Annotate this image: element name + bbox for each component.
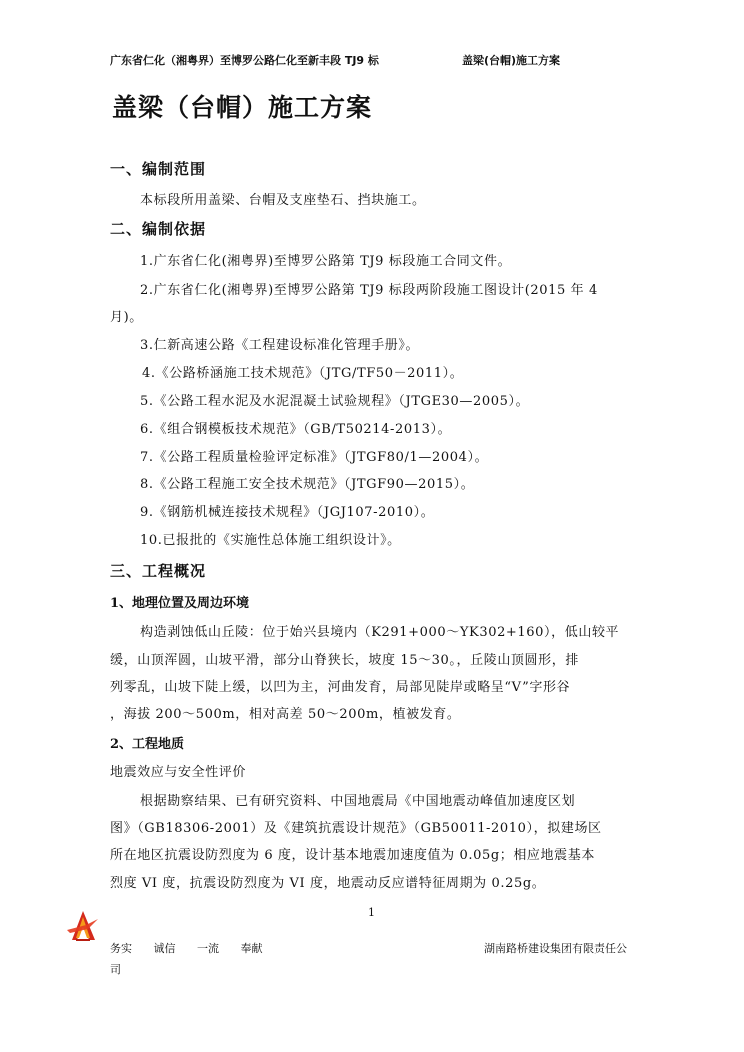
page-header: 广东省仁化（湘粤界）至博罗公路仁化至新丰段 TJ9 标 盖梁(台帽)施工方案	[110, 52, 570, 70]
basis-item-1: 1.广东省仁化(湘粤界)至博罗公路第 TJ9 标段施工合同文件。	[140, 250, 511, 269]
geology-line-4: 烈度 VI 度，抗震设防烈度为 VI 度，地震动反应谱特征周期为 0.25g。	[110, 872, 545, 891]
motto-1: 务实	[110, 942, 132, 955]
location-line-2: 缓，山顶浑圆，山坡平滑，部分山脊狭长，坡度 15～30。，丘陵山顶圆形，排	[110, 649, 579, 668]
motto-2: 诚信	[154, 942, 176, 955]
basis-item-7: 7.《公路工程质量检验评定标准》（JTGF80/1—2004）。	[140, 446, 488, 465]
footer-motto: 务实 诚信 一流 奉献	[110, 940, 281, 956]
basis-item-3: 3.仁新高速公路《工程建设标准化管理手册》。	[140, 334, 419, 353]
location-line-4: ，海拔 200～500m，相对高差 50～200m，植被发育。	[110, 703, 461, 722]
motto-3: 一流	[197, 942, 219, 955]
header-doc-name: 盖梁(台帽)施工方案	[462, 52, 560, 68]
geology-line-3: 所在地区抗震设防烈度为 6 度，设计基本地震加速度值为 0.05g；相应地震基本	[110, 844, 595, 863]
basis-item-10: 10.已报批的《实施性总体施工组织设计》。	[140, 529, 401, 548]
section-heading-overview: 三、工程概况	[110, 560, 206, 581]
basis-item-8: 8.《公路工程施工安全技术规范》（JTGF90—2015）。	[140, 473, 474, 492]
scope-paragraph: 本标段所用盖梁、台帽及支座垫石、挡块施工。	[140, 189, 426, 208]
motto-4: 奉献	[241, 942, 263, 955]
geology-line-2: 图》（GB18306-2001）及《建筑抗震设计规范》（GB50011-2010…	[110, 817, 602, 836]
page-number: 1	[368, 906, 375, 919]
header-project-name: 广东省仁化（湘粤界）至博罗公路仁化至新丰段 TJ9 标	[110, 52, 379, 68]
basis-item-2-cont: 月)。	[110, 306, 143, 325]
basis-item-4: 4.《公路桥涵施工技术规范》（JTG/TF50－2011）。	[142, 362, 463, 381]
footer-company-name-cont: 司	[110, 961, 121, 977]
document-title: 盖梁（台帽）施工方案	[112, 88, 372, 124]
subsection-heading-location: 1、地理位置及周边环境	[110, 592, 249, 611]
company-logo-icon	[66, 910, 100, 942]
basis-item-9: 9.《钢筋机械连接技术规程》（JGJ107-2010）。	[140, 501, 434, 520]
subsection-heading-geology: 2、工程地质	[110, 733, 184, 752]
location-line-3: 列零乱，山坡下陡上缓，以凹为主，河曲发育，局部见陡岸或略呈“V”字形谷	[110, 676, 570, 695]
location-line-1: 构造剥蚀低山丘陵：位于始兴县境内（K291+000～YK302+160），低山较…	[140, 621, 619, 640]
geology-subtitle: 地震效应与安全性评价	[110, 761, 246, 780]
geology-line-1: 根据勘察结果、已有研究资料、中国地震局《中国地震动峰值加速度区划	[140, 790, 575, 809]
basis-item-2: 2.广东省仁化(湘粤界)至博罗公路第 TJ9 标段两阶段施工图设计(2015 年…	[140, 279, 598, 298]
section-heading-scope: 一、编制范围	[110, 158, 206, 179]
basis-item-5: 5.《公路工程水泥及水泥混凝土试验规程》（JTGE30—2005）。	[140, 390, 529, 409]
section-heading-basis: 二、编制依据	[110, 218, 206, 239]
basis-item-6: 6.《组合钢模板技术规范》（GB/T50214-2013）。	[140, 418, 451, 437]
footer-company-name: 湖南路桥建设集团有限责任公	[484, 940, 627, 956]
